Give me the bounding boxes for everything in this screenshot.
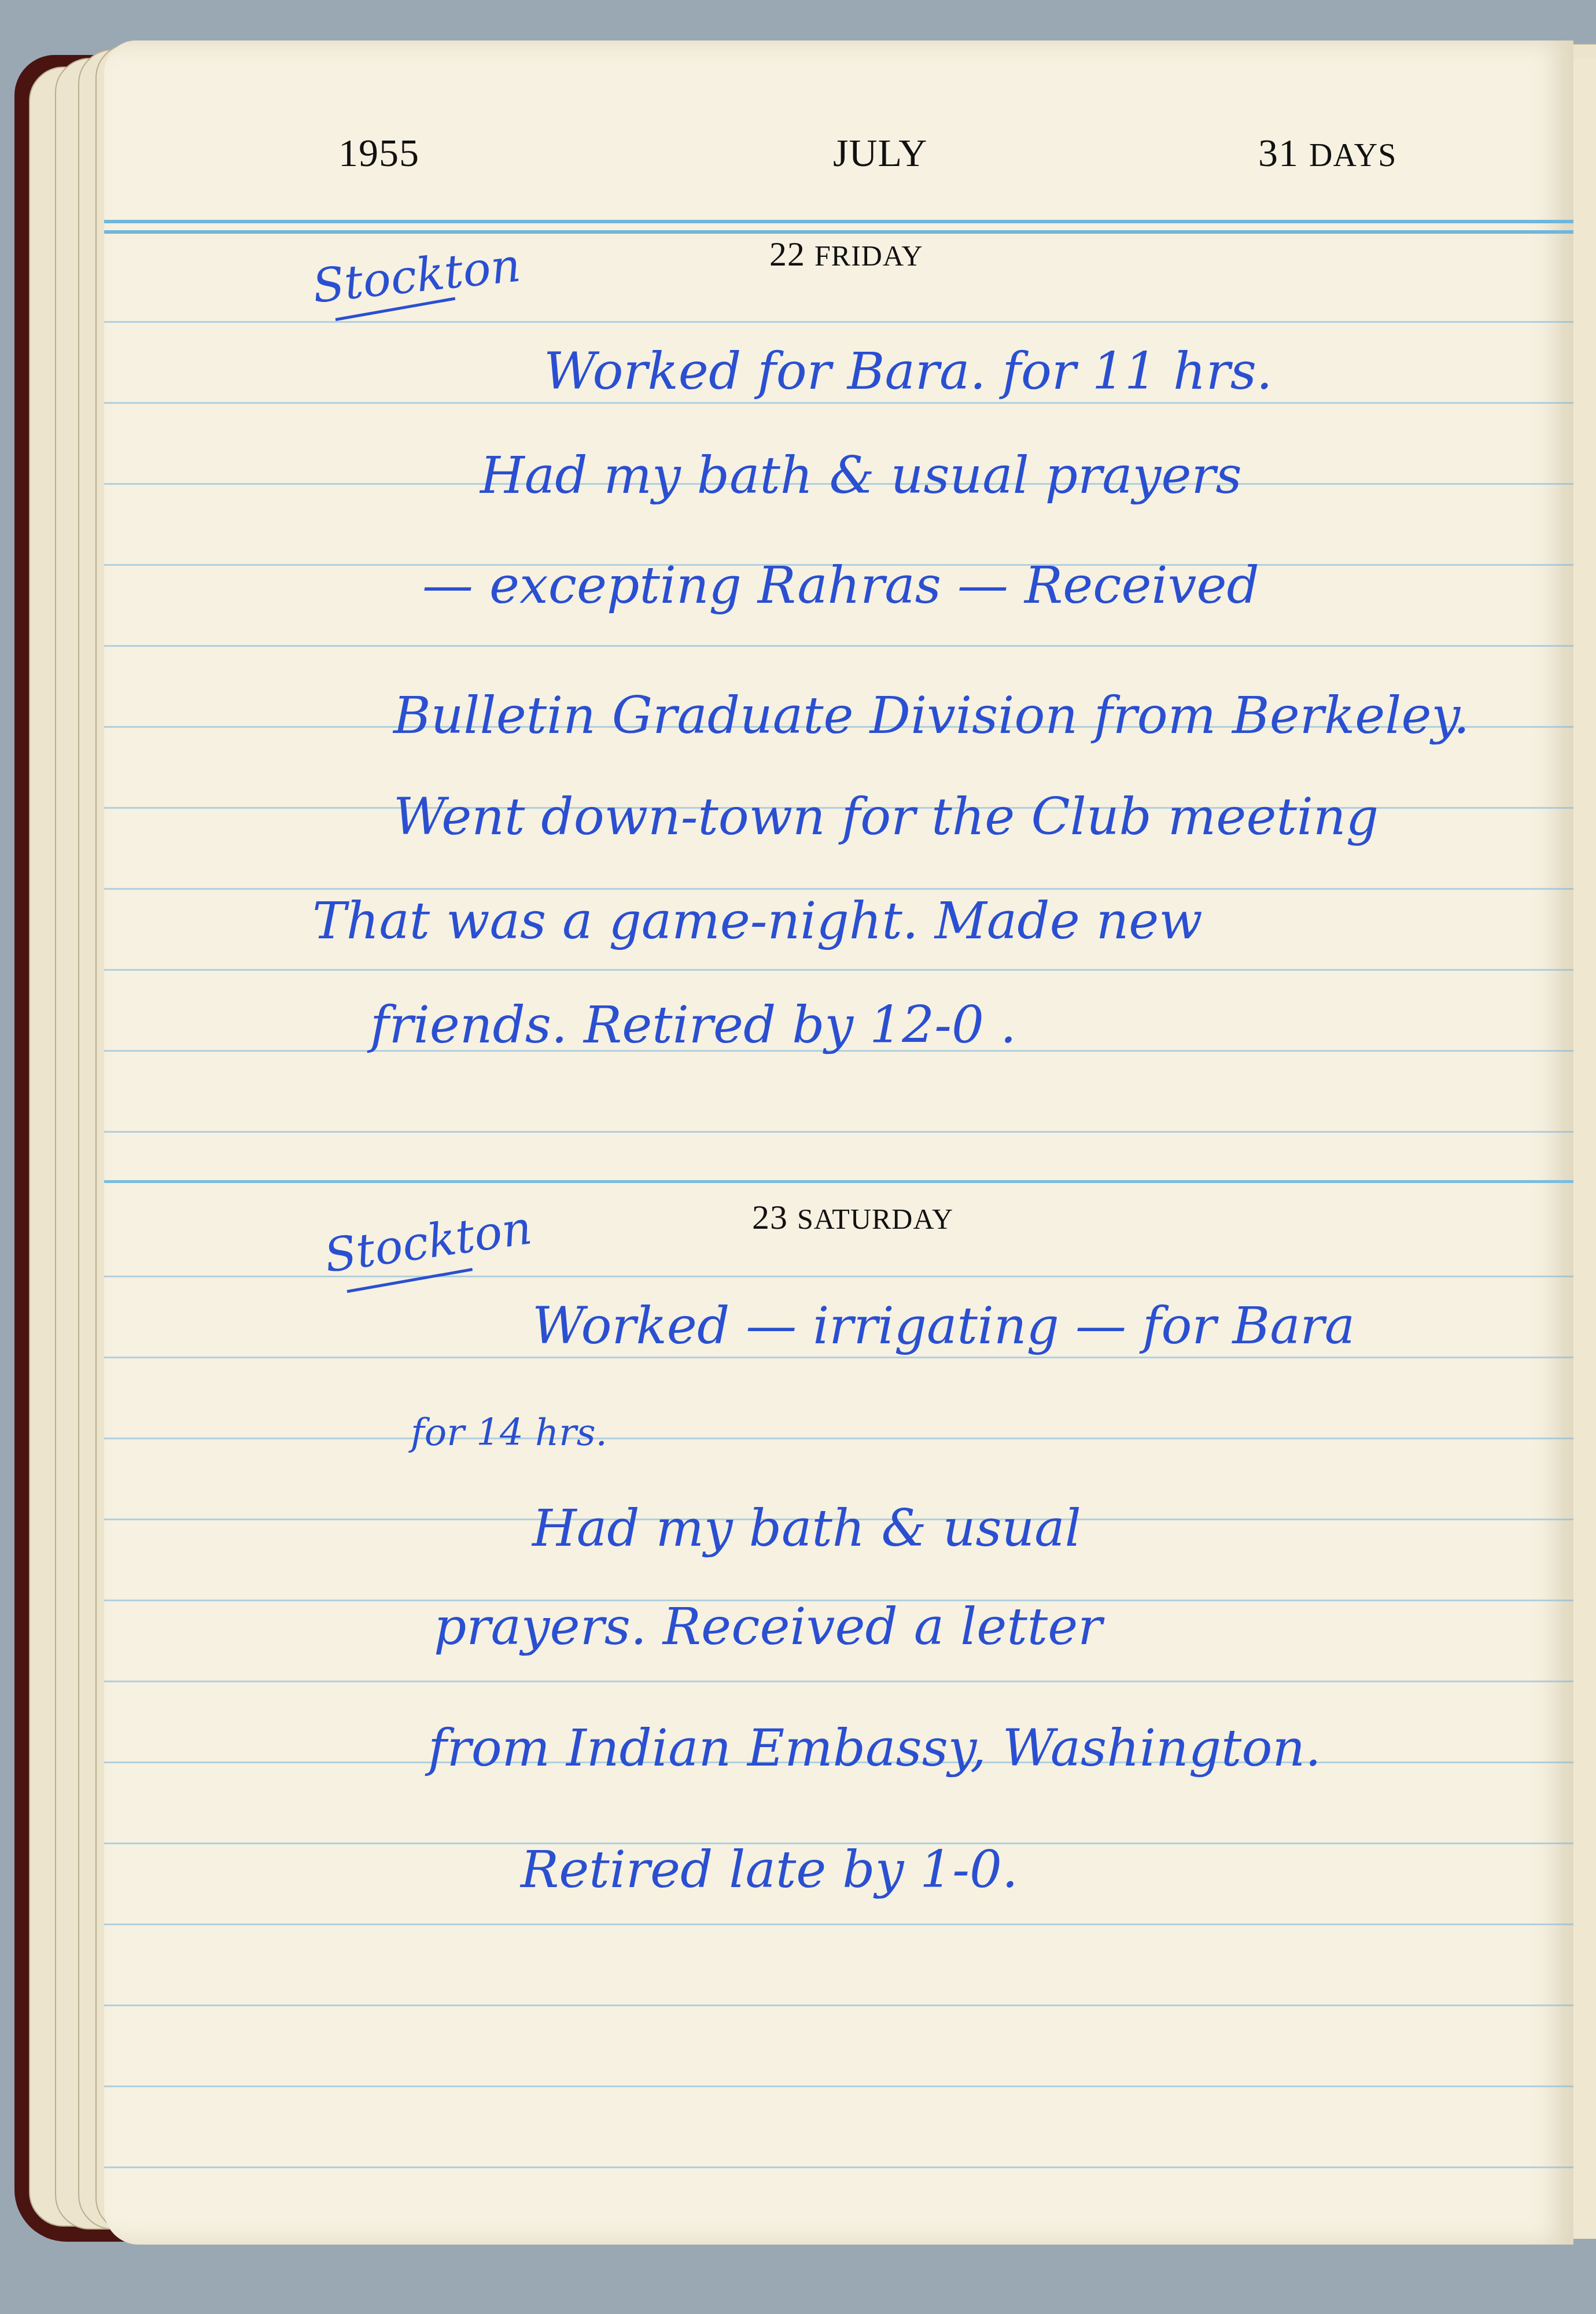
entry-line: — excepting Rahras — Received (422, 555, 1259, 615)
day-weekday: FRIDAY (814, 239, 923, 272)
entry-line: Bulletin Graduate Division from Berkeley… (393, 686, 1470, 745)
place-note: Stockton (310, 238, 523, 313)
day-number: 23 (752, 1198, 788, 1236)
day-number: 22 (769, 235, 805, 273)
ruled-line (104, 1357, 1573, 1358)
header-days: 31 DAYS (1258, 130, 1396, 176)
header-month: JULY (833, 130, 927, 176)
entry-line: That was a game-night. Made new (312, 891, 1203, 950)
header-year: 1955 (338, 130, 419, 176)
entry-line: friends. Retired by 12-0 . (370, 995, 1016, 1055)
diary-page: 1955 JULY 31 DAYS 22 FRIDAY Stockton Wor… (104, 40, 1573, 2245)
page-header: 1955 JULY 31 DAYS (104, 130, 1573, 194)
entry-line: Retired late by 1-0. (521, 1840, 1018, 1899)
ruled-line (104, 888, 1573, 890)
header-days-count: 31 (1258, 131, 1299, 175)
entry-line: from Indian Embassy, Washington. (428, 1718, 1321, 1778)
entry-line: Worked for Bara. for 11 hrs. (544, 341, 1273, 401)
ruled-line (104, 2085, 1573, 2087)
entry-line: prayers. Received a letter (434, 1597, 1102, 1656)
ruled-line (104, 1681, 1573, 1682)
ruled-line (104, 1131, 1573, 1133)
day-divider-rule (104, 1180, 1573, 1183)
ruled-line (104, 969, 1573, 971)
entry-line: Had my bath & usual prayers (480, 445, 1242, 505)
ruled-line (104, 645, 1573, 647)
header-days-label: DAYS (1309, 138, 1396, 174)
day-heading-22: 22 FRIDAY (769, 234, 923, 274)
ruled-line (104, 2166, 1573, 2168)
next-page-gutter (1571, 58, 1596, 2239)
ruled-line (104, 1276, 1573, 1277)
entry-line: Had my bath & usual (532, 1498, 1081, 1558)
header-rule-bottom (104, 230, 1573, 234)
ruled-line (104, 1924, 1573, 1925)
entry-line: Worked — irrigating — for Bara (532, 1296, 1355, 1355)
ruled-line (104, 1438, 1573, 1439)
place-note: Stockton (321, 1200, 535, 1283)
day-weekday: SATURDAY (797, 1203, 953, 1235)
header-rule-top (104, 220, 1573, 223)
ruled-line (104, 402, 1573, 404)
ruled-line (104, 2005, 1573, 2006)
day-heading-23: 23 SATURDAY (752, 1197, 953, 1237)
ruled-line (104, 321, 1573, 323)
entry-line: for 14 hrs. (411, 1412, 607, 1454)
entry-line: Went down-town for the Club meeting (393, 787, 1378, 846)
